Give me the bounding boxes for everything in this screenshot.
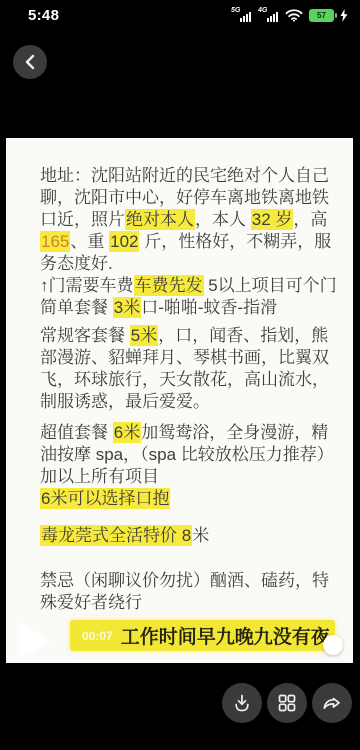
download-icon <box>230 691 254 715</box>
caption-highlighted-text: 工作时间早九晚九没有夜 <box>121 622 330 649</box>
highlighted-text: 165 <box>40 231 70 252</box>
plain-text: 5以上项目可个门 <box>204 276 337 295</box>
highlighted-text: 6米可以选择口抱 <box>40 488 170 509</box>
plain-text: ，本人 <box>195 210 251 229</box>
signal-4g-icon: 4G <box>258 7 279 23</box>
share-forward-icon <box>320 691 344 715</box>
bottom-toolbar <box>0 683 360 723</box>
more-grid-button[interactable] <box>267 683 307 723</box>
chevron-left-icon <box>23 53 37 71</box>
charging-bolt-icon <box>340 9 348 22</box>
photo-paragraph: 超值套餐 6米加鸳鸯浴，全身漫游，精油按摩 spa，（spa 比较放松压力推荐）… <box>40 422 338 488</box>
highlighted-text: 毒龙莞式全活特价 8 <box>40 525 192 546</box>
plain-text: 禁忌（闲聊议价勿扰）酗酒、磕药，特殊爱好者绕行 <box>40 571 329 612</box>
plain-text: 、重 <box>70 232 109 251</box>
plain-text: 口-啪啪-蚊香-指滑 <box>141 298 277 317</box>
plain-text: ，高 <box>293 210 327 229</box>
plain-text: 超值套餐 <box>40 423 113 442</box>
play-icon[interactable] <box>20 622 50 660</box>
photo-image[interactable]: 地址：沈阳站附近的民宅绝对个人自己聊，沈阳市中心，好停车离地铁离地铁口近，照片绝… <box>6 138 353 663</box>
photo-paragraph: 简单套餐 3米口-啪啪-蚊香-指滑 <box>40 297 338 319</box>
highlighted-text: 5米 <box>130 325 158 346</box>
status-bar-right: 5G 4G 57 <box>231 7 348 23</box>
photo-paragraph: ↑门需要车费车费先发 5以上项目可个门 <box>40 275 338 297</box>
download-button[interactable] <box>222 683 262 723</box>
clock-time: 5:48 <box>28 7 59 24</box>
grid-icon <box>276 692 298 714</box>
seek-handle[interactable] <box>323 635 343 655</box>
battery-percent: 57 <box>317 11 326 20</box>
plain-text: ↑门需要车费 <box>40 276 134 295</box>
wifi-icon <box>285 8 303 22</box>
photo-paragraph: 禁忌（闲聊议价勿扰）酗酒、磕药，特殊爱好者绕行 <box>40 570 338 614</box>
plain-text: 常规客套餐 <box>40 326 130 345</box>
share-button[interactable] <box>312 683 352 723</box>
battery-icon: 57 <box>309 9 334 22</box>
highlighted-text: 102 <box>109 231 139 252</box>
highlighted-text: 车费先发 <box>134 275 204 296</box>
highlighted-text: 6米 <box>113 422 141 443</box>
highlighted-text: 绝对本人 <box>125 209 195 230</box>
highlighted-text: 32 岁 <box>251 209 294 230</box>
photo-paragraph: 6米可以选择口抱 <box>40 488 338 510</box>
photo-paragraph: 地址：沈阳站附近的民宅绝对个人自己聊，沈阳市中心，好停车离地铁离地铁口近，照片绝… <box>40 165 338 275</box>
photo-paragraph: 常规客套餐 5米，口，闻香、指划，熊部漫游、貂蝉拜月、琴棋书画，比翼双飞，环球旅… <box>40 325 338 413</box>
highlighted-text: 3米 <box>113 297 141 318</box>
plain-text: 简单套餐 <box>40 298 113 317</box>
photo-paragraph: 毒龙莞式全活特价 8米 <box>40 525 338 547</box>
caption-highlight-bar: 00:07 工作时间早九晚九没有夜 <box>70 620 335 651</box>
plain-text: 米 <box>192 526 209 545</box>
back-button[interactable] <box>13 45 47 79</box>
video-timestamp: 00:07 <box>82 629 113 643</box>
status-bar: 5:48 5G 4G 57 <box>0 0 360 30</box>
photo-text-block: 地址：沈阳站附近的民宅绝对个人自己聊，沈阳市中心，好停车离地铁离地铁口近，照片绝… <box>40 165 338 614</box>
signal-5g-icon: 5G <box>231 7 252 23</box>
